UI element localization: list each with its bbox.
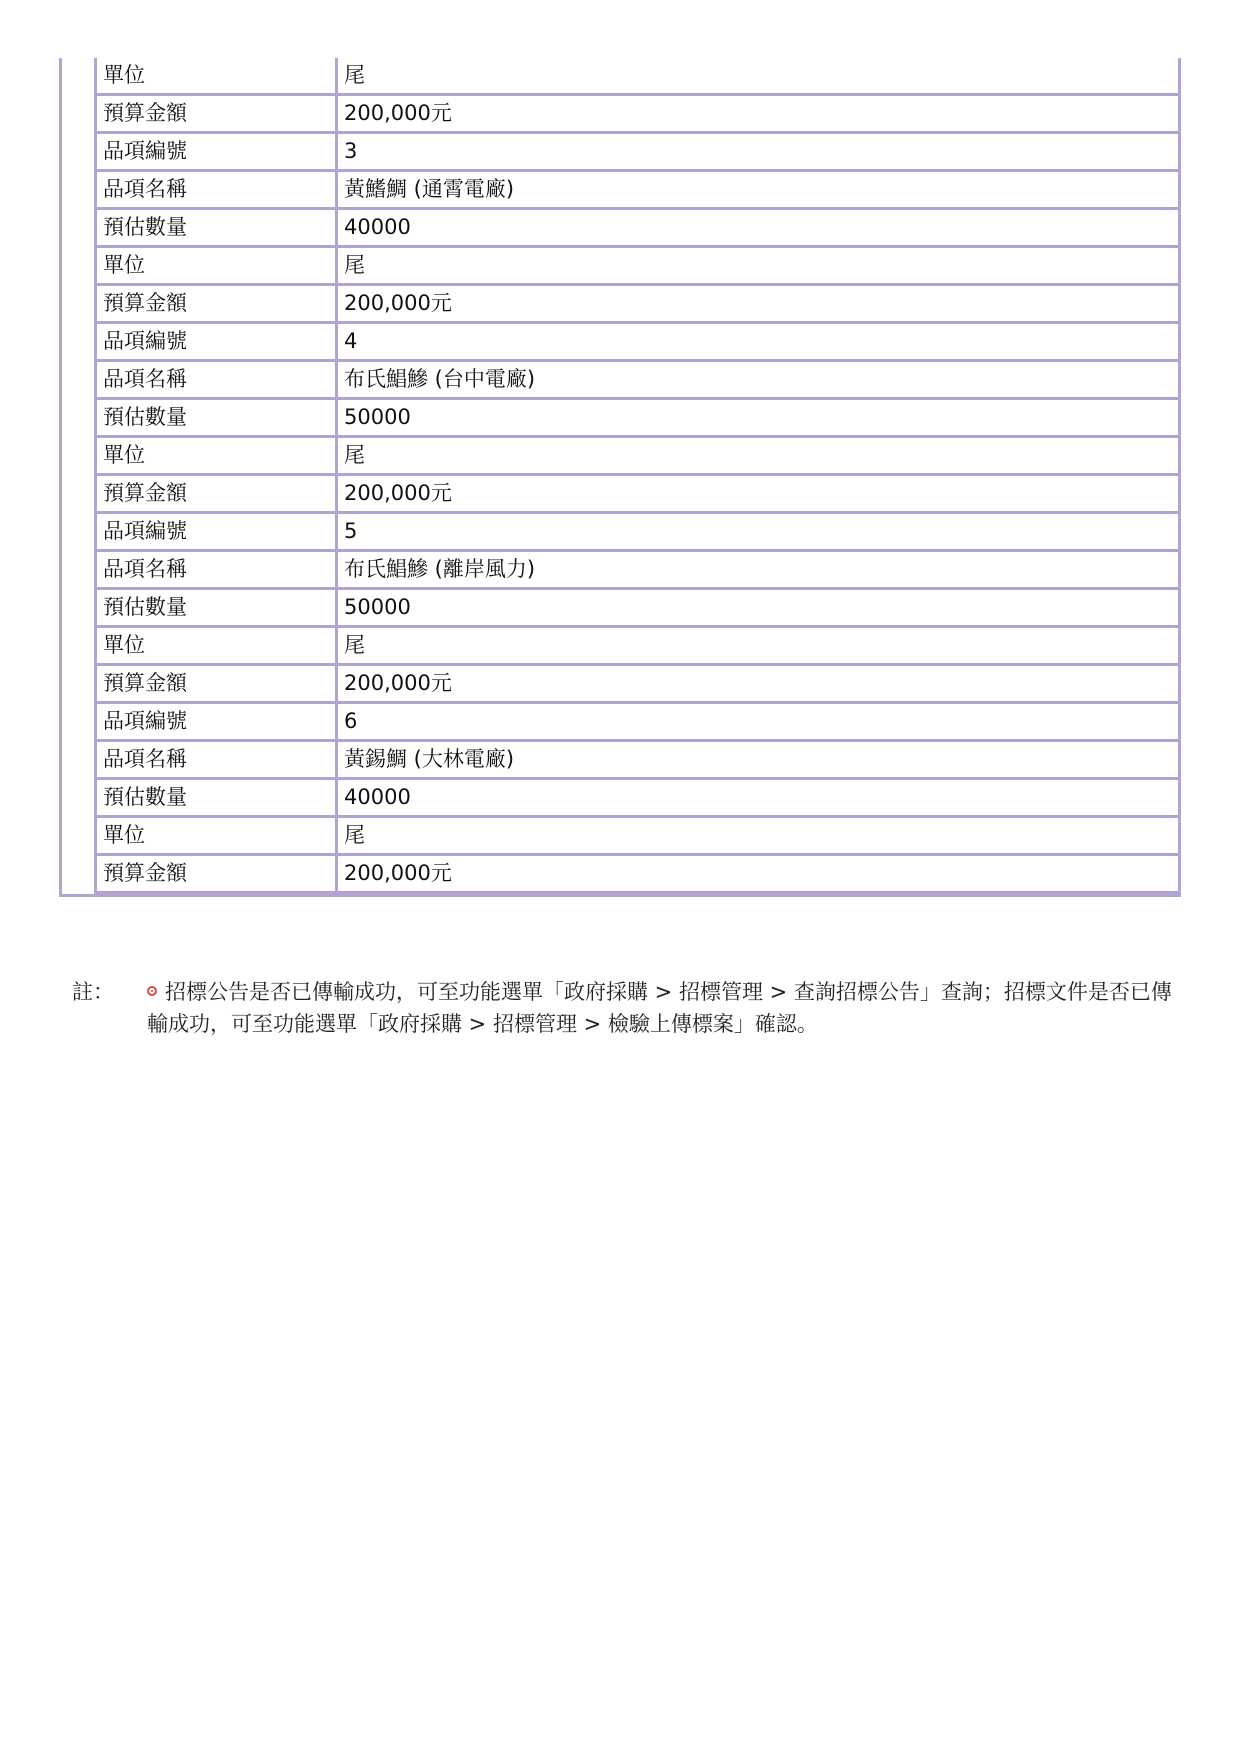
row-label: 預估數量: [96, 589, 337, 627]
table-row: 預算金額200,000元: [96, 95, 1179, 133]
row-label: 品項名稱: [96, 361, 337, 399]
row-label: 品項編號: [96, 703, 337, 741]
table-row: 預算金額200,000元: [96, 665, 1179, 703]
table-row: 品項編號6: [96, 703, 1179, 741]
row-value: 40000: [337, 209, 1179, 247]
row-value: 50000: [337, 399, 1179, 437]
table-row: 預估數量50000: [96, 589, 1179, 627]
row-value: 尾: [337, 58, 1179, 95]
row-value: 尾: [337, 437, 1179, 475]
row-label: 預算金額: [96, 95, 337, 133]
row-value: 布氏鯧鰺 (台中電廠): [337, 361, 1179, 399]
row-label: 單位: [96, 437, 337, 475]
items-table: 單位尾預算金額200,000元品項編號3品項名稱黃鰭鯛 (通霄電廠)預估數量40…: [94, 58, 1178, 894]
row-label: 預算金額: [96, 855, 337, 893]
double-circle-bullet-icon: [147, 986, 157, 996]
row-label: 品項名稱: [96, 551, 337, 589]
table-row: 預估數量40000: [96, 779, 1179, 817]
table-row: 單位尾: [96, 437, 1179, 475]
row-label: 單位: [96, 627, 337, 665]
row-label: 品項編號: [96, 513, 337, 551]
row-value: 40000: [337, 779, 1179, 817]
table-row: 品項名稱布氏鯧鰺 (台中電廠): [96, 361, 1179, 399]
row-label: 單位: [96, 247, 337, 285]
row-value: 200,000元: [337, 665, 1179, 703]
row-value: 尾: [337, 817, 1179, 855]
row-value: 尾: [337, 247, 1179, 285]
row-value: 200,000元: [337, 475, 1179, 513]
row-label: 品項名稱: [96, 741, 337, 779]
table-row: 預估數量40000: [96, 209, 1179, 247]
row-value: 3: [337, 133, 1179, 171]
row-value: 6: [337, 703, 1179, 741]
row-value: 尾: [337, 627, 1179, 665]
table-row: 預估數量50000: [96, 399, 1179, 437]
table-indent-column: [62, 58, 94, 894]
note-body: 招標公告是否已傳輸成功，可至功能選單「政府採購 > 招標管理 > 查詢招標公告」…: [147, 976, 1172, 1040]
row-value: 黃鰭鯛 (通霄電廠): [337, 171, 1179, 209]
row-value: 200,000元: [337, 95, 1179, 133]
note-section: 註： 招標公告是否已傳輸成功，可至功能選單「政府採購 > 招標管理 > 查詢招標…: [72, 976, 1172, 1040]
row-value: 200,000元: [337, 285, 1179, 323]
table-row: 單位尾: [96, 247, 1179, 285]
row-label: 單位: [96, 58, 337, 95]
row-label: 預估數量: [96, 399, 337, 437]
items-table-container: 單位尾預算金額200,000元品項編號3品項名稱黃鰭鯛 (通霄電廠)預估數量40…: [59, 58, 1181, 897]
row-label: 品項編號: [96, 133, 337, 171]
row-value: 黃錫鯛 (大林電廠): [337, 741, 1179, 779]
table-row: 單位尾: [96, 627, 1179, 665]
row-label: 預算金額: [96, 285, 337, 323]
row-label: 品項編號: [96, 323, 337, 361]
row-label: 品項名稱: [96, 171, 337, 209]
table-row: 單位尾: [96, 817, 1179, 855]
table-row: 品項編號3: [96, 133, 1179, 171]
table-row: 品項名稱黃鰭鯛 (通霄電廠): [96, 171, 1179, 209]
table-row: 預算金額200,000元: [96, 285, 1179, 323]
row-label: 預算金額: [96, 475, 337, 513]
row-label: 預算金額: [96, 665, 337, 703]
row-value: 4: [337, 323, 1179, 361]
row-label: 預估數量: [96, 779, 337, 817]
row-value: 5: [337, 513, 1179, 551]
row-label: 預估數量: [96, 209, 337, 247]
table-row: 預算金額200,000元: [96, 475, 1179, 513]
note-text: 招標公告是否已傳輸成功，可至功能選單「政府採購 > 招標管理 > 查詢招標公告」…: [147, 980, 1172, 1036]
table-row: 品項編號4: [96, 323, 1179, 361]
table-row: 品項名稱布氏鯧鰺 (離岸風力): [96, 551, 1179, 589]
table-row: 品項編號5: [96, 513, 1179, 551]
row-value: 200,000元: [337, 855, 1179, 893]
table-row: 品項名稱黃錫鯛 (大林電廠): [96, 741, 1179, 779]
row-value: 布氏鯧鰺 (離岸風力): [337, 551, 1179, 589]
table-row: 單位尾: [96, 58, 1179, 95]
table-row: 預算金額200,000元: [96, 855, 1179, 893]
note-label: 註：: [72, 976, 114, 1008]
row-label: 單位: [96, 817, 337, 855]
row-value: 50000: [337, 589, 1179, 627]
